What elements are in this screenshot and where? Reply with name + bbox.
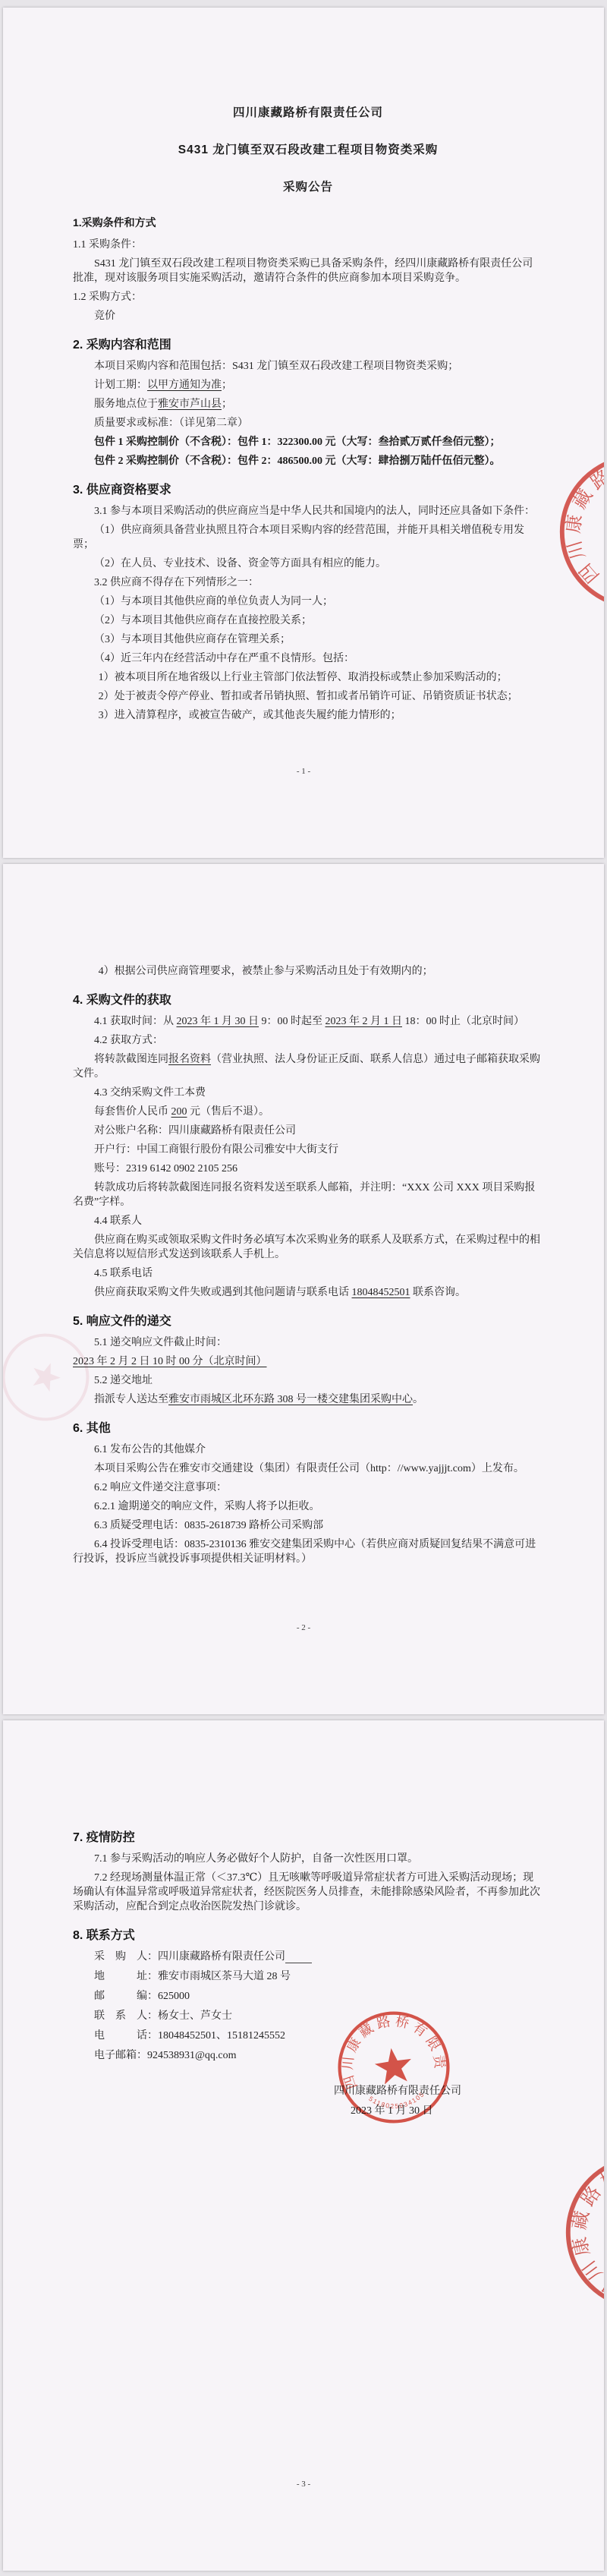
- clause-1-2: 1.2 采购方式：: [73, 290, 543, 304]
- transfer-note-line: 转款成功后将转款截图连同报名资料发送至联系人邮箱，并注明：“XXX 公司 XXX…: [73, 1181, 543, 1209]
- clause-3-2: 3.2 供应商不得存在下列情形之一：: [73, 575, 543, 590]
- clause-3-2-item-3: （3）与本项目其他供应商存在管理关系；: [73, 632, 543, 647]
- clause-4-2: 4.2 获取方式：: [73, 1033, 543, 1048]
- clause-4-1-line: 4.1 获取时间：从 2023 年 1 月 30 日 9：00 时起至 2023…: [73, 1014, 543, 1029]
- clause-4-2-body: 将转款截图连同报名资料（营业执照、法人身份证正反面、联系人信息）通过电子邮箱获取…: [73, 1052, 543, 1081]
- clause-5-2: 5.2 递交地址: [73, 1373, 543, 1388]
- page-1: 四川康藏路桥有限责任公司 S431 龙门镇至双石段改建工程项目物资类采购 采购公…: [3, 8, 604, 858]
- contact-person-row: 联 系 人：杨女士、芦女士: [73, 2009, 543, 2023]
- signature-company: 四川康藏路桥有限责任公司: [334, 2084, 543, 2098]
- email-row: 电子邮箱：924538931@qq.com: [73, 2048, 543, 2063]
- clause-3-2-sub-2: 2）处于被责令停产停业、暂扣或者吊销执照、暂扣或者吊销许可证、吊销资质证书状态；: [73, 689, 543, 704]
- clause-6-1-body: 本项目采购公告在雅安市交通建设（集团）有限责任公司（http：//www.yaj…: [73, 1461, 543, 1476]
- clause-4-5-body: 供应商获取采购文件失败或遇到其他问题请与联系电话 18048452501 联系咨…: [73, 1285, 543, 1300]
- service-location-line: 服务地点位于雅安市芦山县；: [73, 397, 543, 411]
- quality-line: 质量要求或标准：（详见第二章）: [73, 416, 543, 430]
- clause-3-2-sub-1: 1）被本项目所在地省级以上行业主管部门依法暂停、取消投标或禁止参加采购活动的；: [73, 670, 543, 685]
- clause-3-2-item-2: （2）与本项目其他供应商存在直接控股关系；: [73, 613, 543, 628]
- page-1-content: 四川康藏路桥有限责任公司 S431 龙门镇至双石段改建工程项目物资类采购 采购公…: [3, 8, 604, 723]
- zipcode-row: 邮 编：625000: [73, 1989, 543, 2004]
- section-1-heading: 1.采购条件和方式: [73, 215, 543, 230]
- clause-1-1-body: S431 龙门镇至双石段改建工程项目物资类采购已具备采购条件，经四川康藏路桥有限…: [73, 257, 543, 285]
- clause-4-4: 4.4 联系人: [73, 1214, 543, 1228]
- page-3: 7. 疫情防控 7.1 参与采购活动的响应人务必做好个人防护，自备一次性医用口罩…: [3, 1720, 604, 2571]
- page-2-content: 4）根据公司供应商管理要求，被禁止参与采购活动且处于有效期内的； 4. 采购文件…: [3, 864, 604, 1566]
- section-7-heading: 7. 疫情防控: [73, 1827, 543, 1845]
- document-fee-line: 每套售价人民币 200 元（售后不退）。: [73, 1105, 543, 1119]
- clause-3-1-item-1: （1）供应商须具备营业执照且符合本项目采购内容的经营范围，并能开具相关增值税专用…: [73, 523, 543, 552]
- buyer-blank-line: [285, 1951, 312, 1963]
- clause-4-3: 4.3 交纳采购文件工本费: [73, 1086, 543, 1100]
- doc-title-type: 采购公告: [73, 178, 543, 194]
- scope-line: 本项目采购内容和范围包括：S431 龙门镇至双石段改建工程项目物资类采购；: [73, 359, 543, 374]
- section-3-heading: 3. 供应商资格要求: [73, 480, 543, 497]
- package-1-price-line: 包件 1 采购控制价（不含税）：包件 1：322300.00 元（大写：叁拾贰万…: [73, 435, 543, 449]
- document-viewer[interactable]: 四川康藏路桥有限责任公司 S431 龙门镇至双石段改建工程项目物资类采购 采购公…: [0, 0, 607, 2571]
- page-number-1: - 1 -: [3, 767, 604, 776]
- package-2-price-line: 包件 2 采购控制价（不含税）：包件 2：486500.00 元（大写：肆拾捌万…: [73, 454, 543, 468]
- clause-4-4-body: 供应商在购买或领取采购文件时务必填写本次采购业务的联系人及联系方式，在采购过程中…: [73, 1233, 543, 1262]
- clause-6-1: 6.1 发布公告的其他媒介: [73, 1442, 543, 1457]
- bank-line: 开户行：中国工商银行股份有限公司雅安中大街支行: [73, 1143, 543, 1157]
- clause-3-2-item-1: （1）与本项目其他供应商的单位负责人为同一人；: [73, 594, 543, 609]
- clause-3-1: 3.1 参与本项目采购活动的供应商应当是中华人民共和国境内的法人，同时还应具备如…: [73, 504, 543, 519]
- clause-5-1: 5.1 递交响应文件截止时间：: [73, 1335, 543, 1350]
- clause-3-1-item-2: （2）在人员、专业技术、设备、资金等方面具有相应的能力。: [73, 557, 543, 571]
- clause-7-2: 7.2 经现场测量体温正常（＜37.3℃）且无咳嗽等呼吸道异常症状者方可进入采购…: [73, 1871, 543, 1914]
- account-name-line: 对公账户名称：四川康藏路桥有限责任公司: [73, 1124, 543, 1138]
- signature-block: 四川康藏路桥有限责任公司 2023 年 1 月 30 日: [334, 2084, 543, 2118]
- page-3-content: 7. 疫情防控 7.1 参与采购活动的响应人务必做好个人防护，自备一次性医用口罩…: [3, 1720, 604, 2118]
- svg-text:四川康藏路桥有限责任公司: 四川康藏路桥有限责任公司: [554, 2143, 604, 2303]
- plan-period-line: 计划工期：以甲方通知为准；: [73, 378, 543, 393]
- submission-deadline-line: 2023 年 2 月 2 日 10 时 00 分（北京时间）: [73, 1354, 543, 1369]
- clause-6-3: 6.3 质疑受理电话：0835-2618739 路桥公司采购部: [73, 1518, 543, 1533]
- doc-title-project: S431 龙门镇至双石段改建工程项目物资类采购: [73, 140, 543, 157]
- account-number-line: 账号：2319 6142 0902 2105 256: [73, 1162, 543, 1176]
- clause-3-2-item-4: （4）近三年内在经营活动中存在严重不良情形。包括：: [73, 651, 543, 666]
- page-number-3: - 3 -: [3, 2480, 604, 2489]
- section-5-heading: 5. 响应文件的递交: [73, 1311, 543, 1329]
- submission-address-line: 指派专人送达至雅安市雨城区北环东路 308 号一楼交建集团采购中心。: [73, 1392, 543, 1407]
- company-seal-edge-icon: 四川康藏路桥有限责任公司 5118025034105: [554, 2143, 604, 2322]
- page-number-2: - 2 -: [3, 1623, 604, 1632]
- clause-7-1: 7.1 参与采购活动的响应人务必做好个人防护，自备一次性医用口罩。: [73, 1852, 543, 1866]
- clause-3-2-sub-3: 3）进入清算程序，或被宣告破产，或其他丧失履约能力情形的；: [73, 708, 543, 723]
- clause-1-1: 1.1 采购条件：: [73, 238, 543, 252]
- buyer-row: 采 购 人：四川康藏路桥有限责任公司: [73, 1950, 543, 1964]
- signature-date: 2023 年 1 月 30 日: [351, 2104, 543, 2118]
- phone-row: 电 话：18048452501、15181245552: [73, 2029, 543, 2043]
- doc-title-company: 四川康藏路桥有限责任公司: [73, 103, 543, 120]
- section-2-heading: 2. 采购内容和范围: [73, 335, 543, 352]
- address-row: 地 址：雅安市雨城区茶马大道 28 号: [73, 1969, 543, 1984]
- section-8-heading: 8. 联系方式: [73, 1925, 543, 1943]
- clause-6-4: 6.4 投诉受理电话：0835-2310136 雅安交建集团采购中心（若供应商对…: [73, 1537, 543, 1566]
- page-2: 4）根据公司供应商管理要求，被禁止参与采购活动且处于有效期内的； 4. 采购文件…: [3, 864, 604, 1714]
- clause-1-2-body: 竞价: [73, 309, 543, 323]
- section-6-heading: 6. 其他: [73, 1418, 543, 1436]
- clause-6-2: 6.2 响应文件递交注意事项：: [73, 1480, 543, 1495]
- clause-4-5: 4.5 联系电话: [73, 1266, 543, 1281]
- clause-6-2-1: 6.2.1 逾期递交的响应文件，采购人将予以拒收。: [73, 1499, 543, 1514]
- section-4-heading: 4. 采购文件的获取: [73, 990, 543, 1007]
- clause-3-2-sub-4: 4）根据公司供应商管理要求，被禁止参与采购活动且处于有效期内的；: [73, 964, 543, 979]
